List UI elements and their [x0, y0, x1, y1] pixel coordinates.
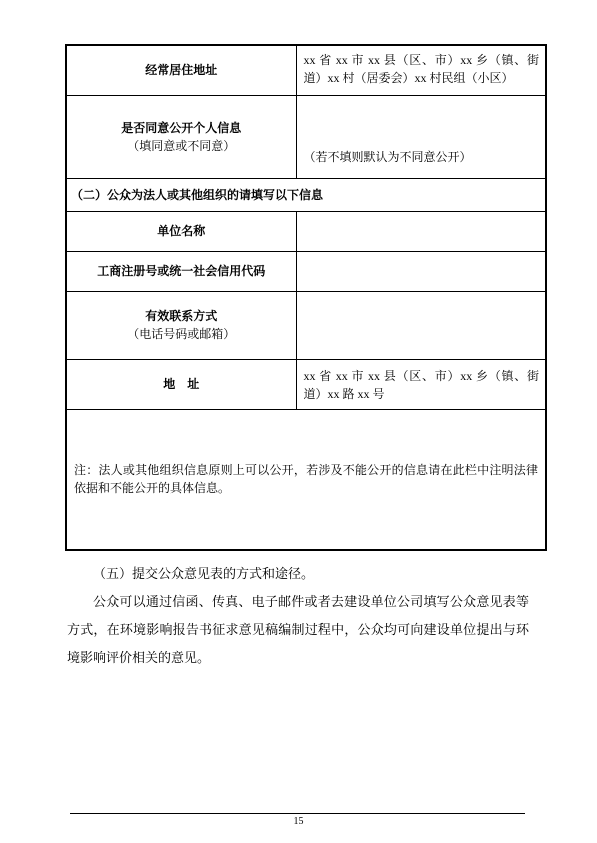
reg-code-value-empty — [296, 251, 546, 291]
consent-hint: （若不填则默认为不同意公开） — [296, 95, 546, 178]
public-comment-form-table: 经常居住地址 xx 省 xx 市 xx 县（区、市）xx 乡（镇、街道）xx 村… — [65, 44, 547, 551]
consent-label-sub: （填同意或不同意） — [71, 137, 292, 155]
org-address-value: xx 省 xx 市 xx 县（区、市）xx 乡（镇、街道）xx 路 xx 号 — [296, 359, 546, 409]
contact-label-sub: （电话号码或邮箱） — [71, 325, 292, 343]
contact-label-main: 有效联系方式 — [71, 307, 292, 325]
reg-code-label: 工商注册号或统一社会信用代码 — [66, 251, 296, 291]
table-row-section-header: （二）公众为法人或其他组织的请填写以下信息 — [66, 178, 546, 211]
contact-value-empty — [296, 291, 546, 359]
org-name-label: 单位名称 — [66, 211, 296, 251]
page-number: 15 — [0, 816, 597, 827]
residence-address-label: 经常居住地址 — [66, 45, 296, 95]
legal-note: 注：法人或其他组织信息原则上可以公开，若涉及不能公开的信息请在此栏中注明法律依据… — [66, 409, 546, 550]
table-row-residence-address: 经常居住地址 xx 省 xx 市 xx 县（区、市）xx 乡（镇、街道）xx 村… — [66, 45, 546, 95]
org-address-label: 地 址 — [66, 359, 296, 409]
table-row-reg-code: 工商注册号或统一社会信用代码 — [66, 251, 546, 291]
footer-divider — [70, 813, 525, 814]
table-row-note: 注：法人或其他组织信息原则上可以公开，若涉及不能公开的信息请在此栏中注明法律依据… — [66, 409, 546, 550]
section-two-header: （二）公众为法人或其他组织的请填写以下信息 — [66, 178, 546, 211]
residence-address-value: xx 省 xx 市 xx 县（区、市）xx 乡（镇、街道）xx 村（居委会）xx… — [296, 45, 546, 95]
table-row-org-address: 地 址 xx 省 xx 市 xx 县（区、市）xx 乡（镇、街道）xx 路 xx… — [66, 359, 546, 409]
submission-method-paragraph: 公众可以通过信函、传真、电子邮件或者去建设单位公司填写公众意见表等方式，在环境影… — [67, 588, 529, 672]
table-row-consent: 是否同意公开个人信息 （填同意或不同意） （若不填则默认为不同意公开） — [66, 95, 546, 178]
document-page: 经常居住地址 xx 省 xx 市 xx 县（区、市）xx 乡（镇、街道）xx 村… — [0, 0, 597, 843]
consent-label-main: 是否同意公开个人信息 — [71, 119, 292, 137]
consent-label: 是否同意公开个人信息 （填同意或不同意） — [66, 95, 296, 178]
table-row-org-name: 单位名称 — [66, 211, 546, 251]
table-row-contact: 有效联系方式 （电话号码或邮箱） — [66, 291, 546, 359]
org-name-value-empty — [296, 211, 546, 251]
contact-label: 有效联系方式 （电话号码或邮箱） — [66, 291, 296, 359]
body-text: （五）提交公众意见表的方式和途径。 公众可以通过信函、传真、电子邮件或者去建设单… — [67, 560, 529, 672]
section-five-heading: （五）提交公众意见表的方式和途径。 — [67, 560, 529, 588]
